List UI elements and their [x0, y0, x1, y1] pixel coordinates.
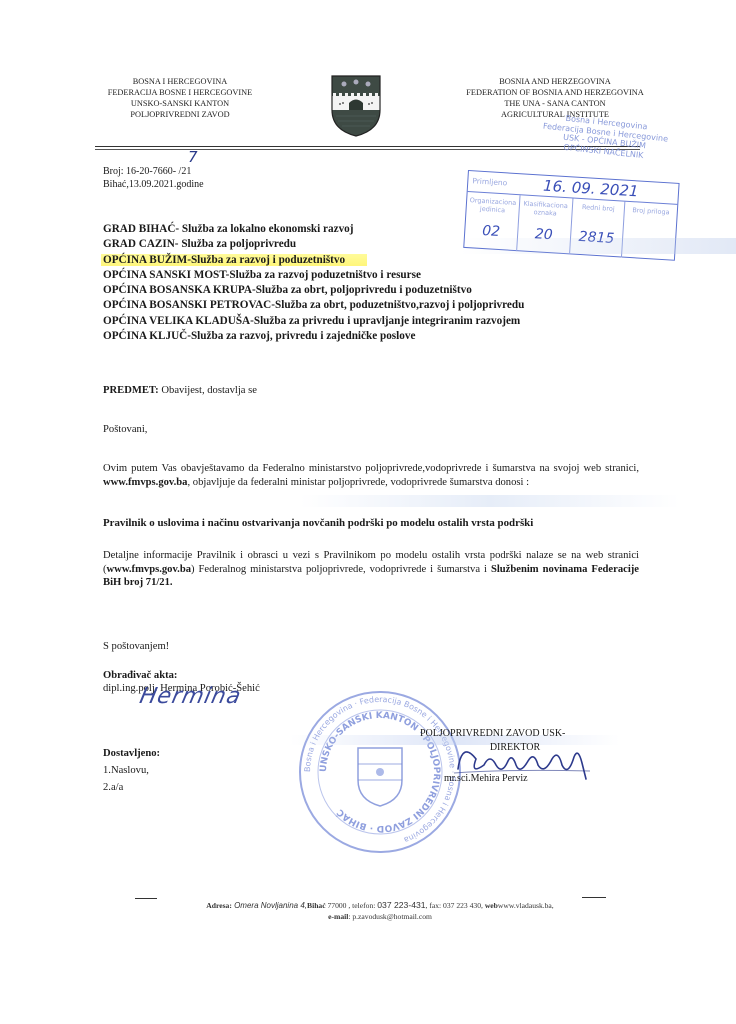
recipient: OPĆINA VELIKA KLADUŠA-Služba za privredu…	[103, 314, 524, 329]
stamp-cell-label: Broj priloga	[625, 206, 677, 217]
phone-number: 037 223-431	[377, 900, 425, 910]
header-left-line: POLJOPRIVREDNI ZAVOD	[60, 109, 300, 120]
footer-contact: Adresa: Omera Novljanina 4,Bihać 77000 ,…	[130, 900, 630, 922]
body-paragraph-2: Detaljne informacije Pravilnik i obrasci…	[103, 549, 639, 590]
scan-artifact	[300, 495, 680, 507]
recipient: OPĆINA SANSKI MOST-Služba za razvoj podu…	[103, 268, 524, 283]
regulation-title: Pravilnik o uslovima i načinu ostvarivan…	[103, 517, 533, 531]
recipient: OPĆINA KLJUČ-Služba za razvoj, privredu …	[103, 329, 524, 344]
reference-block: Broj: 16-20-7660- /21 Bihać,13.09.2021.g…	[103, 165, 204, 191]
header-right-line: THE UNA - SANA CANTON	[425, 98, 685, 109]
delivered-item: 2.a/a	[103, 779, 160, 796]
coat-of-arms-icon	[330, 74, 382, 138]
body-paragraph-1: Ovim putem Vas obavještavamo da Federaln…	[103, 462, 639, 489]
website-link[interactable]: www.vladausk.ba,	[498, 901, 554, 910]
stamp-cell-label: Klasifikaciona oznaka	[519, 199, 572, 218]
header-left-line: BOSNA I HERCEGOVINA	[60, 76, 300, 87]
header-right-line: FEDERATION OF BOSNIA AND HERZEGOVINA	[425, 87, 685, 98]
footer-divider	[582, 897, 606, 898]
subject-text: Obavijest, dostavlja se	[159, 385, 257, 396]
ministry-url: www.fmvps.gov.ba	[107, 564, 191, 575]
place-date: Bihać,13.09.2021.godine	[103, 178, 204, 191]
recipient: OPĆINA BOSANSKA KRUPA-Služba za obrt, po…	[103, 283, 524, 298]
received-label: Primljeno	[472, 176, 507, 187]
delivered-item: 1.Naslovu,	[103, 762, 160, 779]
reference-number: Broj: 16-20-7660- /21	[103, 165, 204, 178]
ministry-url: www.fmvps.gov.ba	[103, 477, 187, 488]
stamp-cell-label: Organizaciona jedinica	[466, 196, 519, 215]
stamp-cell-value	[624, 232, 676, 235]
subject-line: PREDMET: Obavijest, dostavlja se	[103, 384, 257, 398]
greeting: Poštovani,	[103, 423, 147, 437]
recipients-list: GRAD BIHAĆ- Služba za lokalno ekonomski …	[103, 222, 524, 344]
delivered-label: Dostavljeno:	[103, 748, 160, 759]
director-signature	[450, 735, 600, 785]
header-left-institution: BOSNA I HERCEGOVINA FEDERACIJA BOSNE I H…	[60, 76, 300, 120]
recipient: GRAD BIHAĆ- Služba za lokalno ekonomski …	[103, 222, 524, 237]
author-signature: Hermina	[137, 684, 243, 709]
delivered-block: Dostavljeno: 1.Naslovu, 2.a/a	[103, 745, 160, 796]
recipient: OPĆINA BOSANSKI PETROVAC-Služba za obrt,…	[103, 298, 524, 313]
handwritten-number: 7	[188, 148, 198, 166]
footer-divider	[135, 898, 157, 899]
subject-label: PREDMET:	[103, 385, 159, 396]
author-label: Obrađivač akta:	[103, 670, 177, 681]
recipient: GRAD CAZIN- Služba za poljoprivredu	[103, 237, 524, 252]
header-left-line: UNSKO-SANSKI KANTON	[60, 98, 300, 109]
header-left-line: FEDERACIJA BOSNE I HERCEGOVINE	[60, 87, 300, 98]
stamp-cell-label: Redni broj	[572, 202, 624, 213]
recipient-highlighted: OPĆINA BUŽIM-Služba za razvoj i poduzetn…	[103, 253, 524, 268]
email-link[interactable]: : p.zavodusk@hotmail.com	[348, 912, 432, 921]
header-right-line: BOSNIA AND HERZEGOVINA	[425, 76, 685, 87]
closing: S poštovanjem!	[103, 640, 169, 654]
